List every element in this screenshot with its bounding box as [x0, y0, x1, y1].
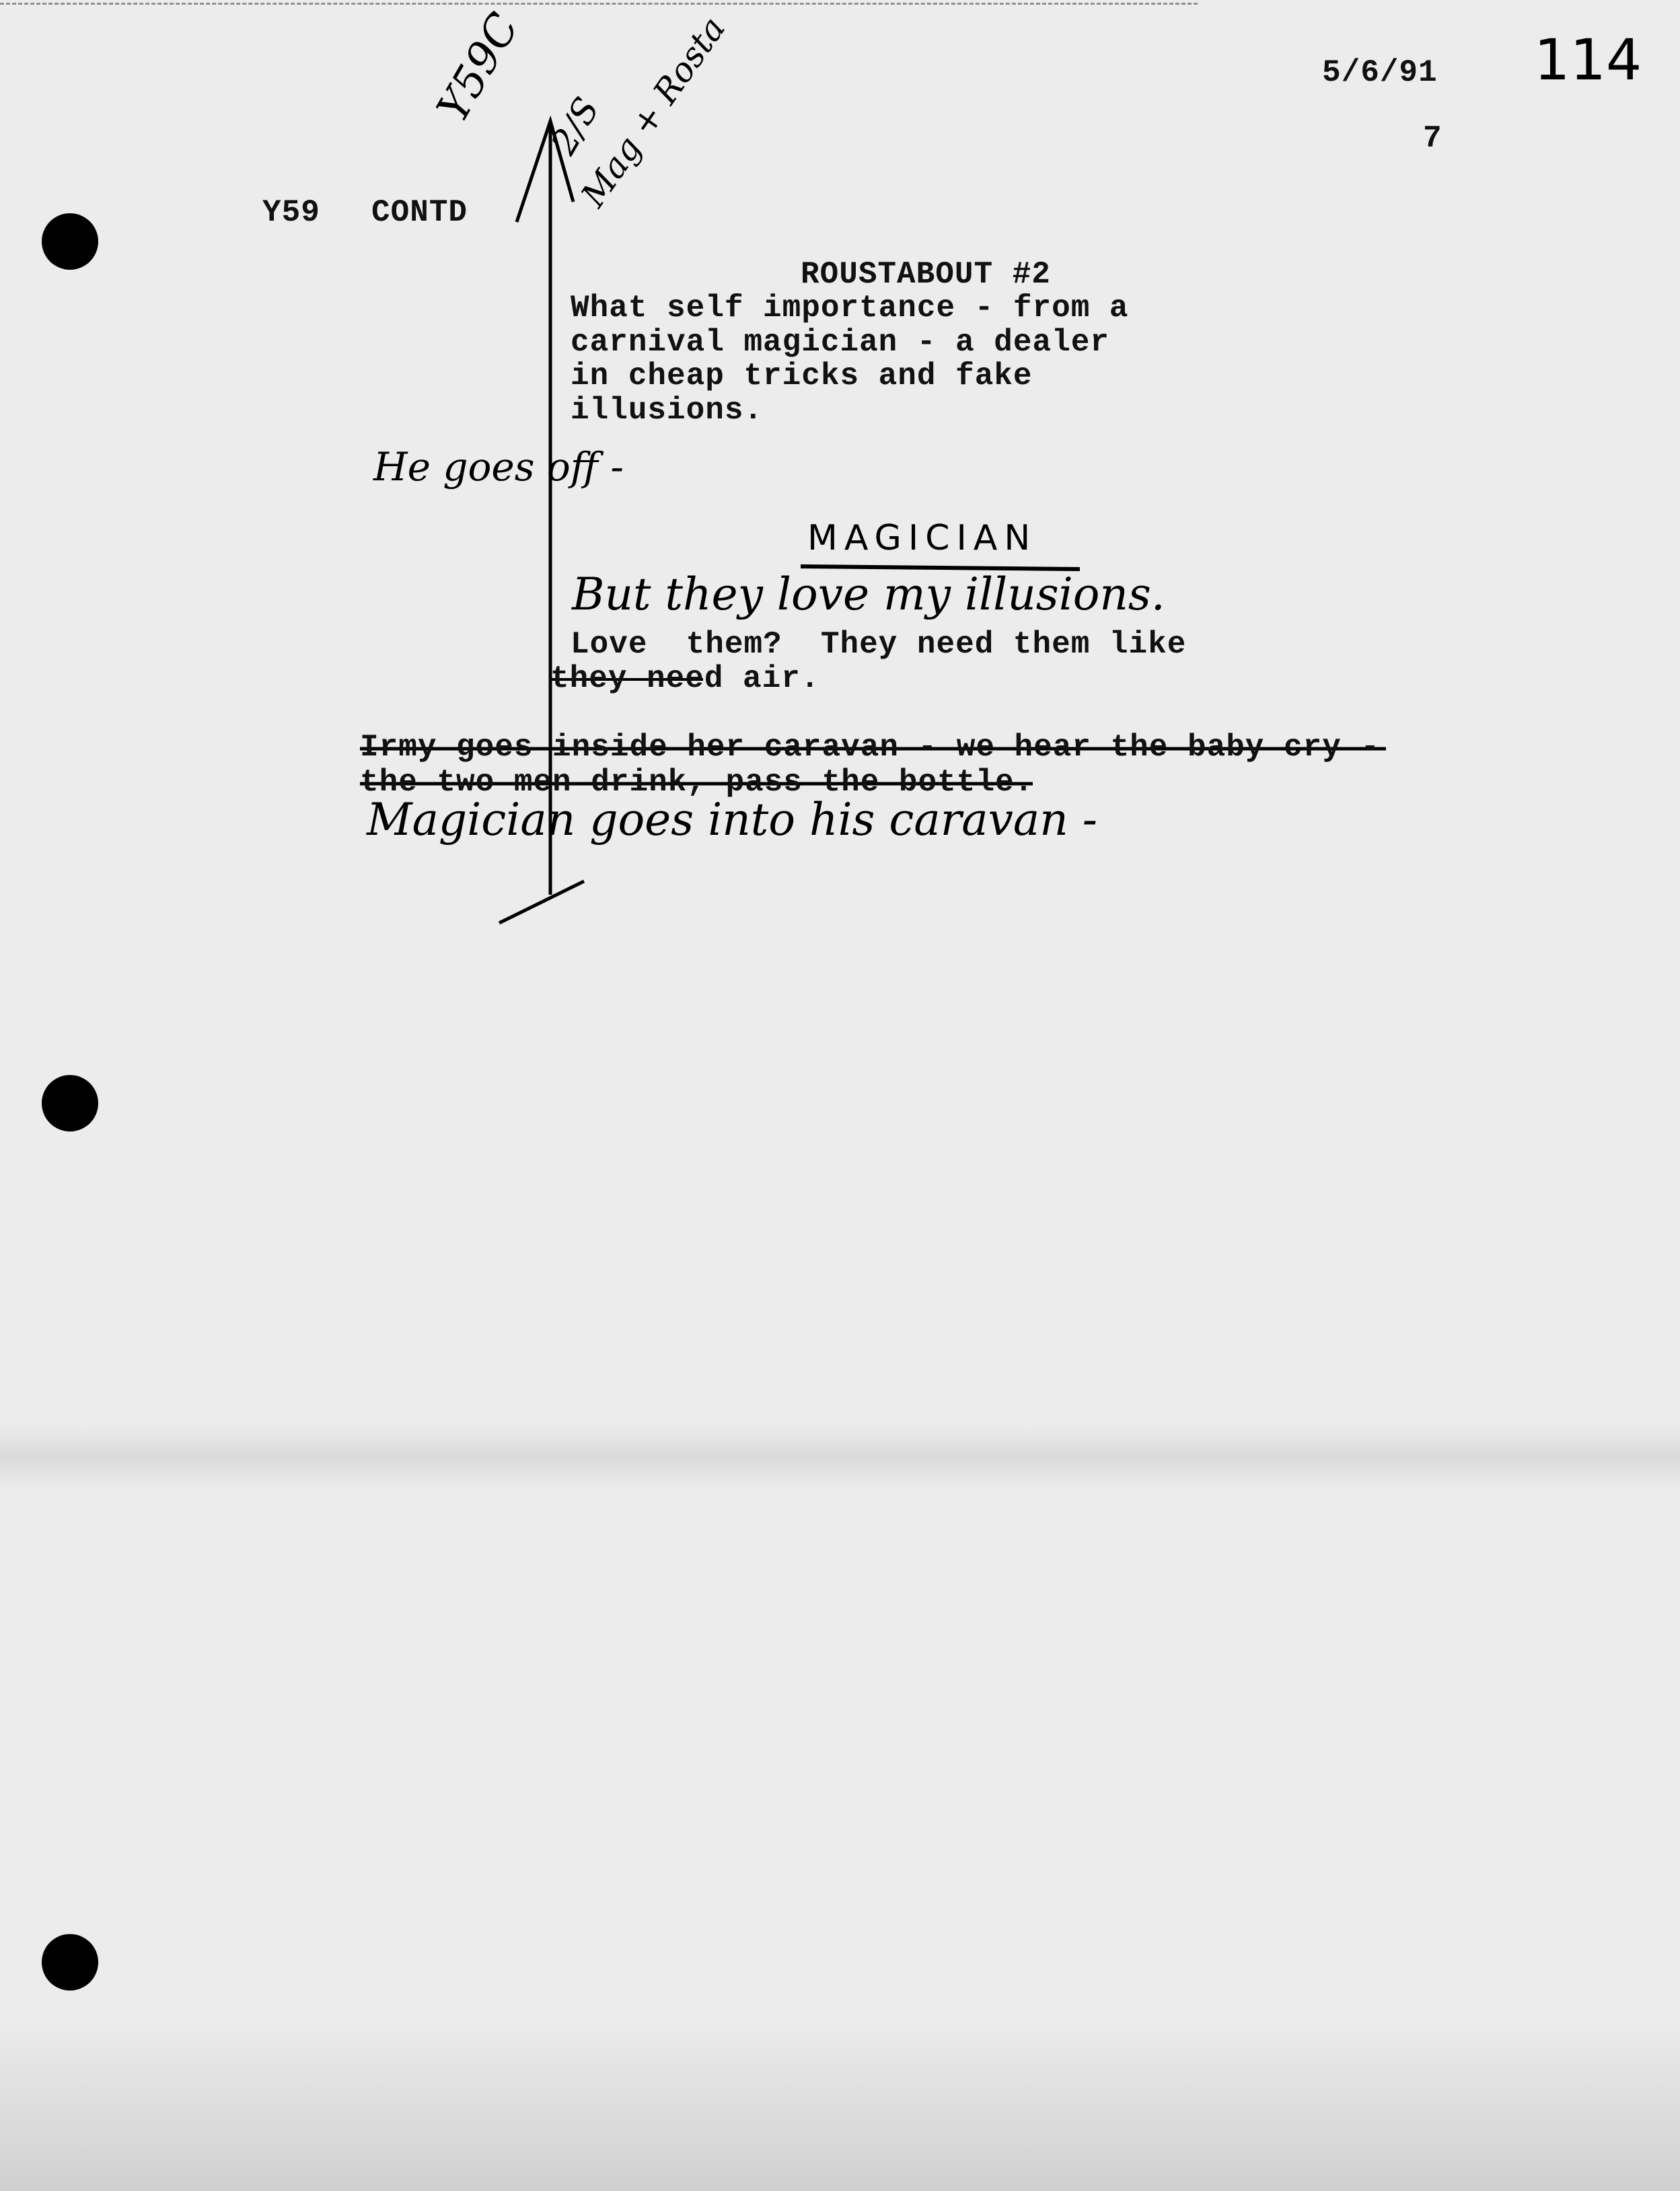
dialogue-line: illusions.	[571, 393, 763, 428]
struck-text: Irmy goes inside her caravan - we hear t…	[360, 730, 1342, 765]
struck-action-line: Irmy goes inside her caravan - we hear t…	[360, 730, 1380, 765]
dialogue-line: Love them? They need them like	[571, 627, 1186, 662]
trailing-dash: -	[1342, 730, 1380, 765]
handwritten-inserted-line: But they love my illusions.	[572, 568, 1165, 620]
handwritten-replacement-action: Magician goes into his caravan -	[367, 794, 1097, 846]
dialogue-line-2: they need air.	[550, 661, 819, 696]
speaker-roustabout: ROUSTABOUT #2	[801, 257, 1051, 292]
speaker-magician: MAGICIAN	[807, 518, 1037, 558]
dialogue-line: in cheap tricks and fake	[571, 359, 1033, 394]
dialogue-text: air.	[723, 661, 819, 696]
dialogue-line: What self importance - from a	[571, 291, 1129, 326]
script-page: 5/6/91 114 7 Y59 CONTD Y59C 2/S Mag + Ro…	[0, 0, 1680, 2191]
handwritten-action-note: He goes off -	[373, 444, 624, 490]
struck-text: they need	[550, 661, 723, 696]
dialogue-line: carnival magician - a dealer	[571, 325, 1109, 360]
